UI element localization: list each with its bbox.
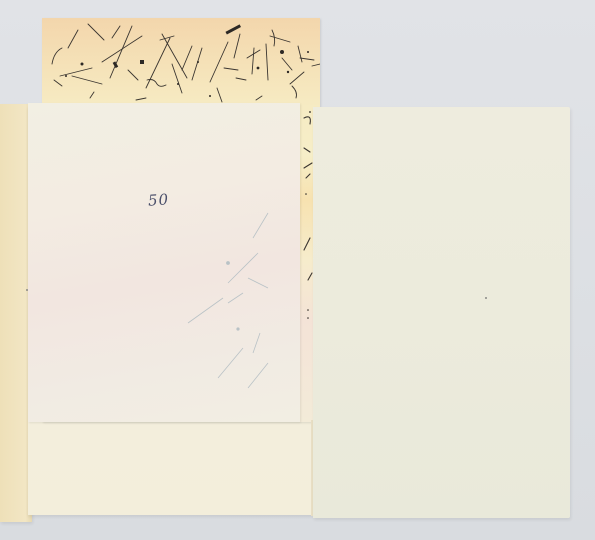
book-page-right <box>313 107 570 518</box>
faint-show-through-marks-icon <box>28 103 300 422</box>
handwritten-page-number: 50 <box>147 190 169 209</box>
photo-scene: 50 <box>0 0 595 540</box>
loose-sheet-with-page-number: 50 <box>28 103 300 422</box>
paper-speck <box>26 289 28 291</box>
paper-speck <box>485 297 487 299</box>
